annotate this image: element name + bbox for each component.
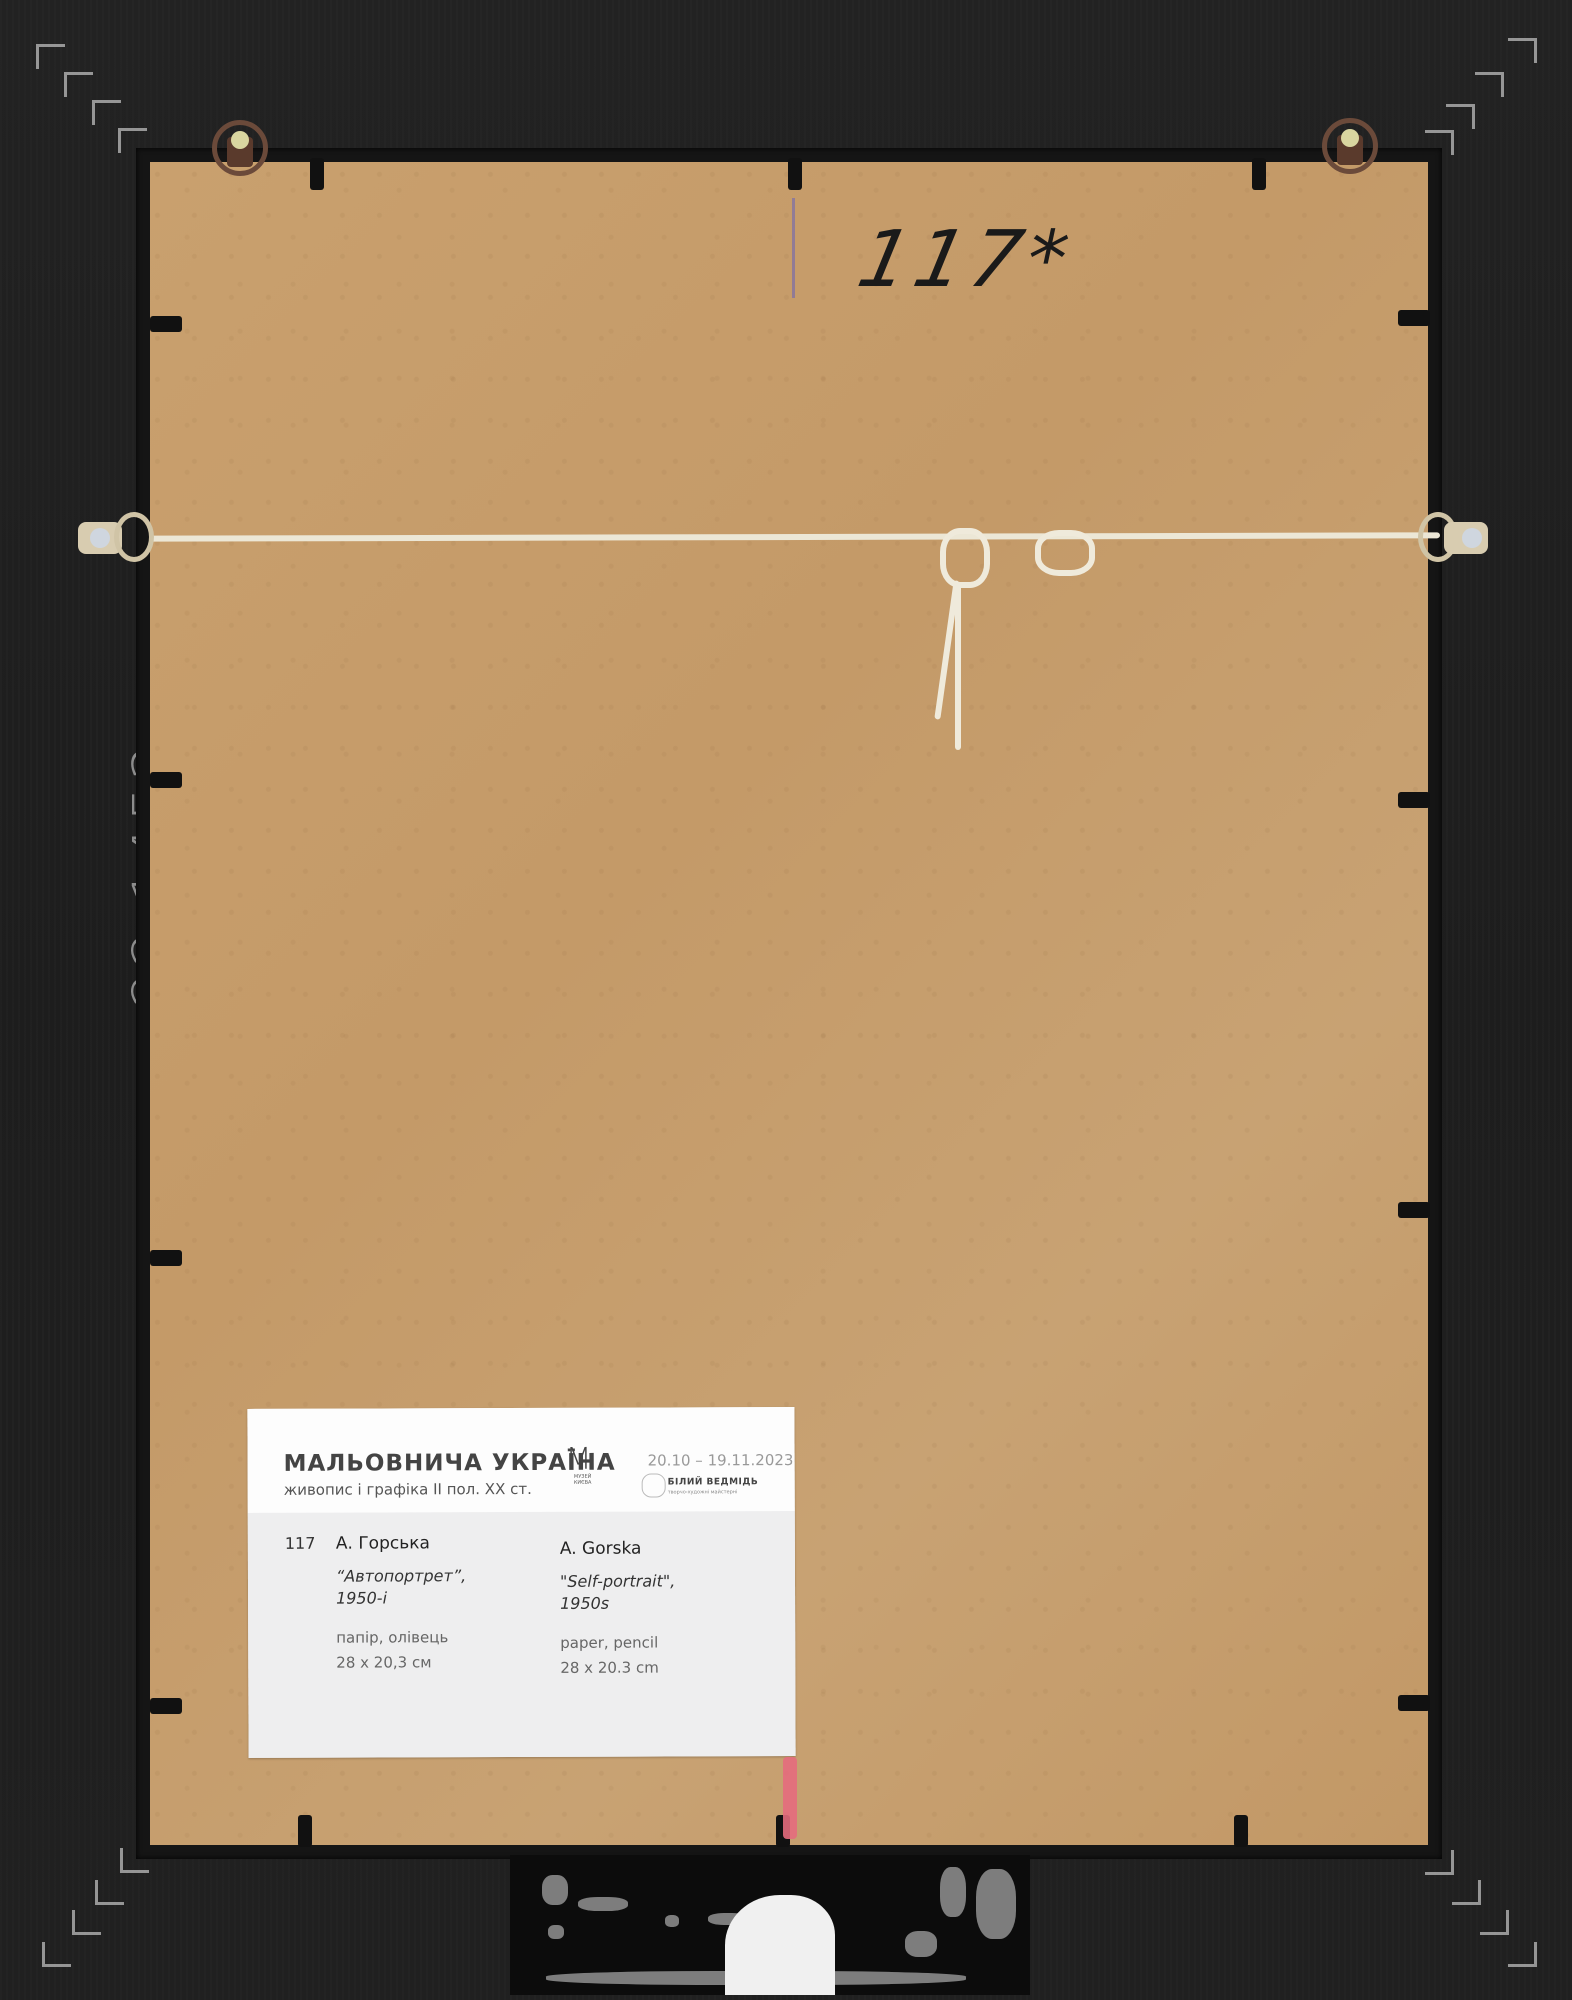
label-column-ukrainian: А. Горська “Автопортрет”, 1950-і папір, … <box>336 1533 467 1675</box>
d-ring-hanger-icon <box>1322 118 1378 174</box>
corner-staple <box>1446 104 1475 129</box>
artist-name-ua: А. Горська <box>336 1533 466 1553</box>
retaining-clip <box>150 316 182 332</box>
picture-frame: 22 1453 117* МАЛЬОВНИЧА УКРАЇНА <box>0 0 1572 2000</box>
retaining-clip <box>1398 792 1430 808</box>
polar-bear-logo-icon <box>642 1473 666 1497</box>
string-knot <box>940 528 990 588</box>
retaining-clip <box>150 1698 182 1714</box>
corner-staple <box>95 1880 124 1905</box>
artist-name-en: A. Gorska <box>560 1538 675 1558</box>
corner-staple <box>1508 1942 1537 1967</box>
handwritten-inventory-number: 117* <box>850 215 1081 305</box>
retaining-clip <box>298 1815 312 1847</box>
label-header: МАЛЬОВНИЧА УКРАЇНА живопис і графіка ІІ … <box>247 1407 794 1513</box>
artwork-year-ua: 1950-і <box>336 1587 466 1609</box>
corner-staple <box>1480 1910 1509 1935</box>
corner-staple <box>64 72 93 97</box>
d-ring-hanger-icon <box>1418 512 1488 562</box>
retaining-clip <box>1398 1695 1430 1711</box>
exhibition-subtitle: живопис і графіка ІІ пол. ХХ ст. <box>284 1480 532 1499</box>
d-ring-hanger-icon <box>212 120 268 176</box>
screw-icon <box>1341 129 1359 147</box>
artwork-size-ua: 28 х 20,3 см <box>336 1650 466 1675</box>
torn-tape-residue <box>510 1855 1030 1995</box>
corner-staple <box>1452 1880 1481 1905</box>
retaining-clip <box>150 772 182 788</box>
screw-icon <box>1462 528 1482 548</box>
exhibition-dates: 20.10 – 19.11.2023 <box>648 1451 794 1470</box>
label-column-english: A. Gorska "Self-portrait", 1950s paper, … <box>560 1538 676 1680</box>
artwork-medium-ua: папір, олівець <box>336 1625 466 1650</box>
corner-staple <box>36 44 65 69</box>
retaining-clip <box>1398 1202 1430 1218</box>
corner-staple <box>42 1942 71 1967</box>
screw-icon <box>90 528 110 548</box>
partner-name: БІЛИЙ ВЕДМІДЬ <box>668 1477 759 1487</box>
artwork-title-ua: “Автопортрет”, <box>336 1565 466 1587</box>
string-knot <box>1035 530 1095 576</box>
lot-number: 117 <box>285 1534 316 1553</box>
artwork-medium-en: paper, pencil <box>560 1630 675 1655</box>
retaining-clip <box>1398 310 1430 326</box>
corner-staple <box>72 1910 101 1935</box>
label-body <box>248 1511 796 1758</box>
partner-subtitle: творчо-художні майстерні <box>668 1489 738 1495</box>
pink-marker-strip <box>783 1757 797 1839</box>
museum-kyiv-logo-icon: M МУЗЕЙ КИЄВА <box>566 1446 600 1504</box>
retaining-clip <box>1252 158 1266 190</box>
d-ring-hanger-icon <box>78 512 148 562</box>
screw-icon <box>231 131 249 149</box>
exhibition-label: МАЛЬОВНИЧА УКРАЇНА живопис і графіка ІІ … <box>247 1407 795 1758</box>
corner-staple <box>92 100 121 125</box>
string-tail <box>955 585 961 750</box>
pencil-mark <box>792 198 795 298</box>
retaining-clip <box>1234 1815 1248 1847</box>
retaining-clip <box>150 1250 182 1266</box>
corner-staple <box>1475 72 1504 97</box>
artwork-year-en: 1950s <box>560 1592 675 1614</box>
corner-staple <box>1508 38 1537 63</box>
artwork-size-en: 28 x 20.3 cm <box>560 1655 675 1680</box>
artwork-title-en: "Self-portrait", <box>560 1570 675 1592</box>
retaining-clip <box>788 158 802 190</box>
retaining-clip <box>310 158 324 190</box>
